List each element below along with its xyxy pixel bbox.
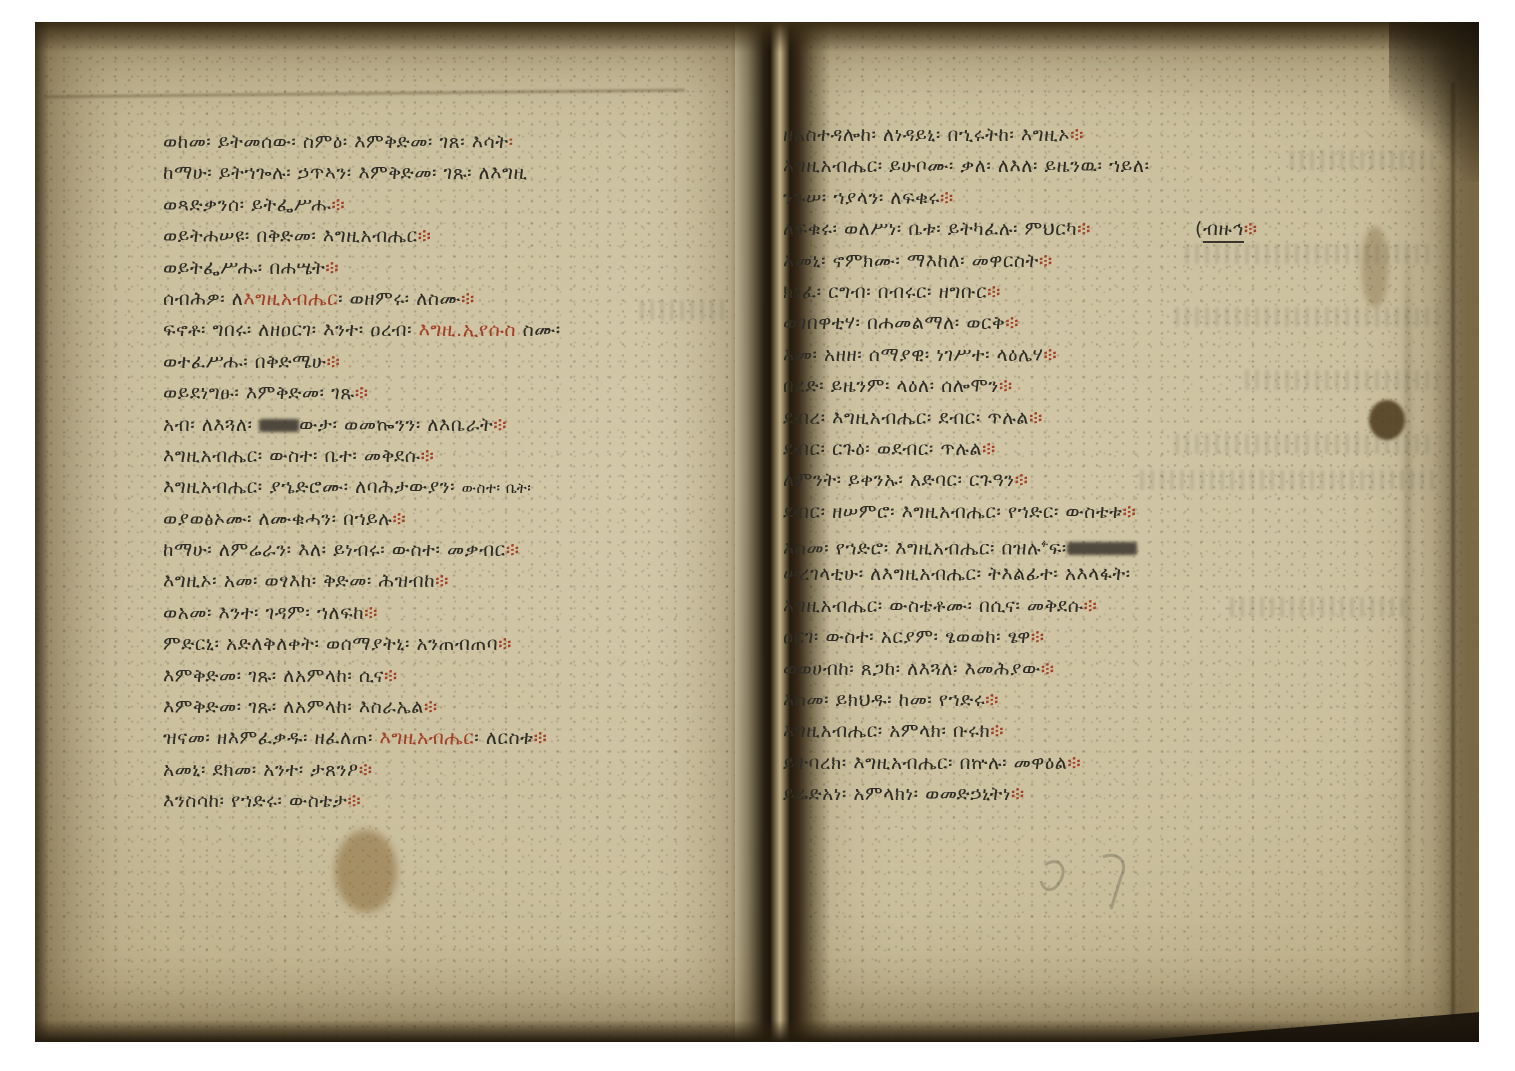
rubricated-text-segment: ፨ xyxy=(1122,501,1136,523)
text-segment: ዐርገ፡ ውስተ፡ አርያም፡ ፄወወከ፡ ፄዋ xyxy=(783,626,1031,648)
text-segment: ወወሀብከ፡ ጸጋከ፡ ለእጓለ፡ እመሕያው xyxy=(783,658,1041,680)
text-line: ወይደነግፁ፡ እምቅድመ፡ ገጹ፨ xyxy=(163,378,763,409)
text-segment: ወይትፌሥሑ፡ በሐሤት xyxy=(163,257,325,279)
text-line: እግዚአብሔር፡ ውስቴቶሙ፡ በሲና፡ መቅደሱ፨ xyxy=(783,591,1343,622)
text-segment: ሰብሕዎ፡ ለ xyxy=(163,288,243,310)
text-line: ይትባረክ፡ እግዚአብሔር፡ በኵሉ፡ መዋዕል፨ xyxy=(783,748,1343,779)
rubricated-text-segment: ፨ xyxy=(1070,124,1084,146)
text-segment: ዝናመ፡ ዘእምፈቃዱ፡ ዘፈለጠ፡ xyxy=(163,727,380,749)
rubricated-text-segment: ፨ xyxy=(392,508,406,530)
text-line: እስመ፡ የኀድሮ፡ እግዚአብሔር፡ በዝሉፉፍ፡ xyxy=(783,528,1343,559)
text-line: ደብር፡ ርጉዕ፡ ወደብር፡ ጥሉል፨ xyxy=(783,434,1343,465)
rubricated-text-segment: ፨ xyxy=(999,375,1013,397)
rubricated-text-segment: ፨ xyxy=(1011,783,1025,805)
text-line: ወወሀብከ፡ ጸጋከ፡ ለእጓለ፡ እመሕያው፨ xyxy=(783,654,1343,685)
rubricated-text-segment: ፨ xyxy=(347,790,361,812)
text-segment: እግዚአብሔር፡ ያኄድሮሙ፡ ለባሕታውያን፡ xyxy=(163,476,462,498)
text-line: ወገበዋቲሃ፡ በሐመልማለ፡ ወርቅ፨ xyxy=(783,308,1343,339)
text-line: እግዚአብሔር፡ አምላክ፡ ቡሩክ፨ xyxy=(783,716,1343,747)
text-segment: እስመ፡ ይክህዱ፡ ከመ፡ የኀድሩ xyxy=(783,689,985,711)
rubricated-text-segment: ፨ xyxy=(506,539,520,561)
text-line: እምቅድመ፡ ገጹ፡ ለአምላከ፡ ሲና፨ xyxy=(163,661,763,692)
text-line: እምቅድመ፡ ገጹ፡ ለአምላከ፡ እስራኤል፨ xyxy=(163,692,763,723)
text-segment: እምቅድመ፡ ገጹ፡ ለአምላከ፡ እስራኤል xyxy=(163,696,424,718)
text-segment: አመኒ፡ ደክመ፡ አንተ፡ ታጸንዖ xyxy=(163,759,359,781)
text-segment: ለፍቁሩ፡ ወለሥነ፡ ቤቱ፡ ይትካፈሉ፡ ምህርካ xyxy=(783,218,1077,240)
rubricated-text-segment: እግዚአብሔር xyxy=(380,727,475,749)
text-line: እስመ፡ ይክህዱ፡ ከመ፡ የኀድሩ፨ xyxy=(783,685,1343,716)
text-line: ወይትሐሠዩ፡ በቅድመ፡ እግዚአብሔር፨ xyxy=(163,221,763,252)
text-segment: ፉ xyxy=(1041,537,1049,550)
rubricated-text-segment: ፨ xyxy=(493,414,507,436)
text-line: እግዚኦ፡ አመ፡ ወፃእከ፡ ቅድመ፡ ሕዝብከ፨ xyxy=(163,566,763,597)
text-segment: ክነፈ፡ ርግብ፡ በብሩር፡ ዘግቡር xyxy=(783,281,987,303)
rubricated-text-segment: ፨ xyxy=(1015,469,1029,491)
rubricated-text-segment: ፨ xyxy=(1039,250,1053,272)
text-line: ደብረ፡ እግዚአብሔር፡ ደብር፡ ጥሉል፨ xyxy=(783,403,1343,434)
manuscript-photo-canvas: ወከመ፡ ይትመሰው፡ ስምዕ፡ እምቅድመ፡ ገጸ፡ እሳት፡ከማሁ፡ ይትኀ… xyxy=(0,0,1515,1071)
rubricated-text-segment: ፨ xyxy=(1005,312,1019,334)
parchment-fold-shadow xyxy=(1405,242,1411,1002)
rubricated-text-segment: ፡ xyxy=(509,131,514,153)
text-segment: እግዚኦ፡ አመ፡ ወፃእከ፡ ቅድመ፡ ሕዝብከ xyxy=(163,570,435,592)
text-segment: ዘአስተዳሎከ፡ ለነዳይኒ፡ በኂሩትከ፡ እግዚኦ xyxy=(783,124,1070,146)
text-line: ወያወፅኦሙ፡ ለሙቁሓን፡ በኀይሉ፨ xyxy=(163,504,763,535)
text-segment: ወይደነግፁ፡ እምቅድመ፡ ገጹ xyxy=(163,382,355,404)
text-segment: ፍ፡ xyxy=(1049,537,1067,559)
text-segment: እመ፡ አዘዘ፡ ሰማያዊ፡ ነገሥተ፡ ላዕሌሃ xyxy=(783,344,1043,366)
text-segment: ንጉሠ፡ ኀያላን፡ ለፍቁሩ xyxy=(783,187,940,209)
text-segment: ለምንት፡ ይቀንኡ፡ አድባር፡ ርጉዓን xyxy=(783,469,1015,491)
text-segment: ይሬድአነ፡ አምላክነ፡ ወመድኃኒትነ xyxy=(783,783,1011,805)
text-line: ወተፈሥሑ፡ በቅድሜሁ፨ xyxy=(163,347,763,378)
rubricated-text-segment: ፨ xyxy=(384,665,398,687)
text-segment: ወአመ፡ እንተ፡ ገዳም፡ ኀለፍከ xyxy=(163,602,364,624)
text-line: ለፍቁሩ፡ ወለሥነ፡ ቤቱ፡ ይትካፈሉ፡ ምህርካ፨ xyxy=(783,214,1343,245)
page-top-edge-shadow xyxy=(35,22,1479,52)
right-page-text-column: ዘአስተዳሎከ፡ ለነዳይኒ፡ በኂሩትከ፡ እግዚኦ፨እግዚአብሔር፡ ይሁቦ… xyxy=(783,120,1343,811)
text-line: ክነፈ፡ ርግብ፡ በብሩር፡ ዘግቡር፨ xyxy=(783,277,1343,308)
text-segment: ወገበዋቲሃ፡ በሐመልማለ፡ ወርቅ xyxy=(783,312,1005,334)
rubricated-text-segment: ፨ xyxy=(1067,752,1081,774)
rubricated-text-segment: ፨ xyxy=(326,351,340,373)
text-segment: ወተፈሥሑ፡ በቅድሜሁ xyxy=(163,351,326,373)
text-line: ከማሁ፡ ይትኀጐሉ፡ ኃጥኣን፡ እምቅድመ፡ ገጹ፡ ለእግዚ xyxy=(163,158,763,189)
rubricated-text-segment: ፨ xyxy=(435,570,449,592)
rubricated-text-segment: ፨ xyxy=(982,438,996,460)
rubricated-text-segment: ፨ xyxy=(1041,658,1055,680)
codex-photo: ወከመ፡ ይትመሰው፡ ስምዕ፡ እምቅድመ፡ ገጸ፡ እሳት፡ከማሁ፡ ይትኀ… xyxy=(35,22,1479,1042)
text-line: አብ፡ ለእጓለ፡ ውታ፡ ወመኰንን፡ ለእቤራት፨ xyxy=(163,410,763,441)
text-line: እግዚአብሔር፡ ይሁቦሙ፡ ቃለ፡ ለእለ፡ ይዜንዉ፡ ኀይለ፡ xyxy=(783,151,1343,182)
rubricated-text-segment: ፨ xyxy=(331,194,345,216)
text-segment: አብ፡ ለእጓለ፡ xyxy=(163,414,259,436)
margin-note-mark: ፨ xyxy=(1244,218,1258,240)
text-segment: እግዚአብሔር፡ ይሁቦሙ፡ ቃለ፡ ለእለ፡ ይዜንዉ፡ ኀይለ፡ xyxy=(783,155,1149,177)
rubricated-text-segment: ፨ xyxy=(533,727,547,749)
text-line: ፍኖቶ፡ ግበሩ፡ ለዘዐርገ፡ እንተ፡ ዐረብ፡ እግዚ.ኢየሱስ ስሙ፡ xyxy=(163,315,763,346)
text-segment: ደብር፡ ርጉዕ፡ ወደብር፡ ጥሉል xyxy=(783,438,982,460)
text-line: ወከመ፡ ይትመሰው፡ ስምዕ፡ እምቅድመ፡ ገጸ፡ እሳት፡ xyxy=(163,127,763,158)
text-line: ከማሁ፡ ለምሬራን፡ እለ፡ ይነብሩ፡ ውስተ፡ መቃብር፨ xyxy=(163,535,763,566)
text-line: ወይትፌሥሑ፡ በሐሤት፨ xyxy=(163,253,763,284)
rubricated-text-segment: ፨ xyxy=(364,602,378,624)
rubricated-text-segment: ፨ xyxy=(461,288,475,310)
left-page-text-column: ወከመ፡ ይትመሰው፡ ስምዕ፡ እምቅድመ፡ ገጸ፡ እሳት፡ከማሁ፡ ይትኀ… xyxy=(163,127,763,818)
text-line: ምድርኒ፡ አድለቅለቀት፡ ወሰማያትኒ፡ አንጠብጠባ፨ xyxy=(163,629,763,660)
text-segment: እስመ፡ የኀድሮ፡ እግዚአብሔር፡ በዝሉ xyxy=(783,537,1041,559)
text-line: በረድ፡ ይዜንም፡ ላዕለ፡ ሰሎሞን፨ xyxy=(783,371,1343,402)
rubricated-text-segment: ፨ xyxy=(1043,344,1057,366)
ink-smudge xyxy=(1067,542,1137,555)
text-line: ይሬድአነ፡ አምላክነ፡ ወመድኃኒትነ፨ xyxy=(783,779,1343,810)
text-segment: እመኒ፡ ኖምክሙ፡ ማእከለ፡ መዋርስት xyxy=(783,250,1039,272)
brown-stain xyxy=(335,830,397,912)
text-segment: እግዚአብሔር፡ አምላክ፡ ቡሩክ xyxy=(783,720,990,742)
text-segment: እግዚአብሔር፡ ውስቴቶሙ፡ በሲና፡ መቅደሱ xyxy=(783,595,1084,617)
text-line: ዝናመ፡ ዘእምፈቃዱ፡ ዘፈለጠ፡ እግዚአብሔር፡ ለርስቱ፨ xyxy=(163,723,763,754)
ink-smudge xyxy=(259,419,299,432)
rubricated-text-segment: እግዚአብሔር xyxy=(243,288,338,310)
text-line: ዐርገ፡ ውስተ፡ አርያም፡ ፄወወከ፡ ፄዋ፨ xyxy=(783,622,1343,653)
text-segment: እንስሳከ፡ የኀድሩ፡ ውስቴታ xyxy=(163,790,347,812)
text-segment: ደብረ፡ እግዚአብሔር፡ ደብር፡ ጥሉል xyxy=(783,407,1029,429)
rubricated-text-segment: ፨ xyxy=(418,225,432,247)
text-segment: ፍኖቶ፡ ግበሩ፡ ለዘዐርገ፡ እንተ፡ ዐረብ፡ xyxy=(163,319,419,341)
rubricated-text-segment: ፨ xyxy=(987,281,1001,303)
text-line: ለምንት፡ ይቀንኡ፡ አድባር፡ ርጉዓን፨ xyxy=(783,465,1343,496)
text-segment: ይትባረክ፡ እግዚአብሔር፡ በኵሉ፡ መዋዕል xyxy=(783,752,1067,774)
text-line: እመኒ፡ ኖምክሙ፡ ማእከለ፡ መዋርስት፨ xyxy=(783,246,1343,277)
text-segment: ምድርኒ፡ አድለቅለቀት፡ ወሰማያትኒ፡ አንጠብጠባ xyxy=(163,633,498,655)
margin-note: (ብዙኅ፨ xyxy=(1195,218,1258,240)
rubricated-text-segment: ፨ xyxy=(355,382,369,404)
rubricated-text-segment: ፨ xyxy=(424,696,438,718)
text-segment: ወይትሐሠዩ፡ በቅድመ፡ እግዚአብሔር xyxy=(163,225,418,247)
text-line: ወጻድቃንሰ፡ ይትፌሥሑ፨ xyxy=(163,190,763,221)
text-line: ደብር፡ ዘሠምሮ፡ እግዚአብሔር፡ የኀድር፡ ውስቴቱ፨ xyxy=(783,497,1343,528)
text-line: እመ፡ አዘዘ፡ ሰማያዊ፡ ነገሥተ፡ ላዕሌሃ፨ xyxy=(783,340,1343,371)
text-segment: ወጻድቃንሰ፡ ይትፌሥሑ xyxy=(163,194,331,216)
text-line: ዘአስተዳሎከ፡ ለነዳይኒ፡ በኂሩትከ፡ እግዚኦ፨ xyxy=(783,120,1343,151)
text-segment: ውታ፡ ወመኰንን፡ ለእቤራት xyxy=(299,414,493,436)
page-right-edge-line xyxy=(1451,82,1455,1020)
rubricated-text-segment: ፨ xyxy=(985,689,999,711)
rubricated-text-segment: ፨ xyxy=(1084,595,1098,617)
text-line: እግዚአብሔር፡ ውስተ፡ ቤተ፡ መቅደሱ፨ xyxy=(163,441,763,472)
text-segment: ፡ ወዘምሩ፡ ለስሙ xyxy=(338,288,461,310)
text-line: ንጉሠ፡ ኀያላን፡ ለፍቁሩ፨ xyxy=(783,183,1343,214)
rubricated-text-segment: ፨ xyxy=(498,633,512,655)
text-segment: እምቅድመ፡ ገጹ፡ ለአምላከ፡ ሲና xyxy=(163,665,384,687)
pencil-smudge-marks xyxy=(1025,847,1185,937)
margin-note-paren: ( xyxy=(1195,218,1203,240)
rubricated-text-segment: እግዚ.ኢየሱስ xyxy=(419,319,516,341)
text-segment: ከማሁ፡ ይትኀጐሉ፡ ኃጥኣን፡ እምቅድመ፡ ገጹ፡ ለእግዚ xyxy=(163,162,528,184)
rubricated-text-segment: ፨ xyxy=(1029,407,1043,429)
text-segment: ወያወፅኦሙ፡ ለሙቁሓን፡ በኀይሉ xyxy=(163,508,392,530)
text-segment: ስሙ፡ xyxy=(516,319,561,341)
text-line: ሠረገላቲሁ፡ ለእግዚአብሔር፡ ትእልፊተ፡ አእላፋት፡ xyxy=(783,559,1343,590)
rubricated-text-segment: ፨ xyxy=(940,187,954,209)
text-line: ሰብሕዎ፡ ለእግዚአብሔር፡ ወዘምሩ፡ ለስሙ፨ xyxy=(163,284,763,315)
rubricated-text-segment: ፨ xyxy=(325,257,339,279)
text-segment: በረድ፡ ይዜንም፡ ላዕለ፡ ሰሎሞን xyxy=(783,375,999,397)
text-segment: እግዚአብሔር፡ ውስተ፡ ቤተ፡ መቅደሱ xyxy=(163,445,421,467)
text-segment: ውስተ፡ ቤት፡ xyxy=(462,479,532,497)
rubricated-text-segment: ፨ xyxy=(1031,626,1045,648)
text-segment: ደብር፡ ዘሠምሮ፡ እግዚአብሔር፡ የኀድር፡ ውስቴቱ xyxy=(783,501,1122,523)
text-line: እንስሳከ፡ የኀድሩ፡ ውስቴታ፨ xyxy=(163,786,763,817)
text-segment: ከማሁ፡ ለምሬራን፡ እለ፡ ይነብሩ፡ ውስተ፡ መቃብር xyxy=(163,539,506,561)
rubricated-text-segment: ፨ xyxy=(421,445,435,467)
water-drip-stain xyxy=(1362,227,1388,307)
rubricated-text-segment: ፨ xyxy=(1077,218,1091,240)
page-left-edge-shadow xyxy=(35,22,49,1042)
margin-note-word: ብዙኅ xyxy=(1203,218,1244,243)
text-segment: ሠረገላቲሁ፡ ለእግዚአብሔር፡ ትእልፊተ፡ አእላፋት፡ xyxy=(783,563,1131,585)
text-line: ወአመ፡ እንተ፡ ገዳም፡ ኀለፍከ፨ xyxy=(163,598,763,629)
text-line: አመኒ፡ ደክመ፡ አንተ፡ ታጸንዖ፨ xyxy=(163,755,763,786)
rubricated-text-segment: ፨ xyxy=(990,720,1004,742)
rubricated-text-segment: ፨ xyxy=(359,759,373,781)
text-line: እግዚአብሔር፡ ያኄድሮሙ፡ ለባሕታውያን፡ ውስተ፡ ቤት፡ xyxy=(163,472,763,503)
text-segment: ፡ ለርስቱ xyxy=(474,727,533,749)
text-segment: ወከመ፡ ይትመሰው፡ ስምዕ፡ እምቅድመ፡ ገጸ፡ እሳት xyxy=(163,131,509,153)
